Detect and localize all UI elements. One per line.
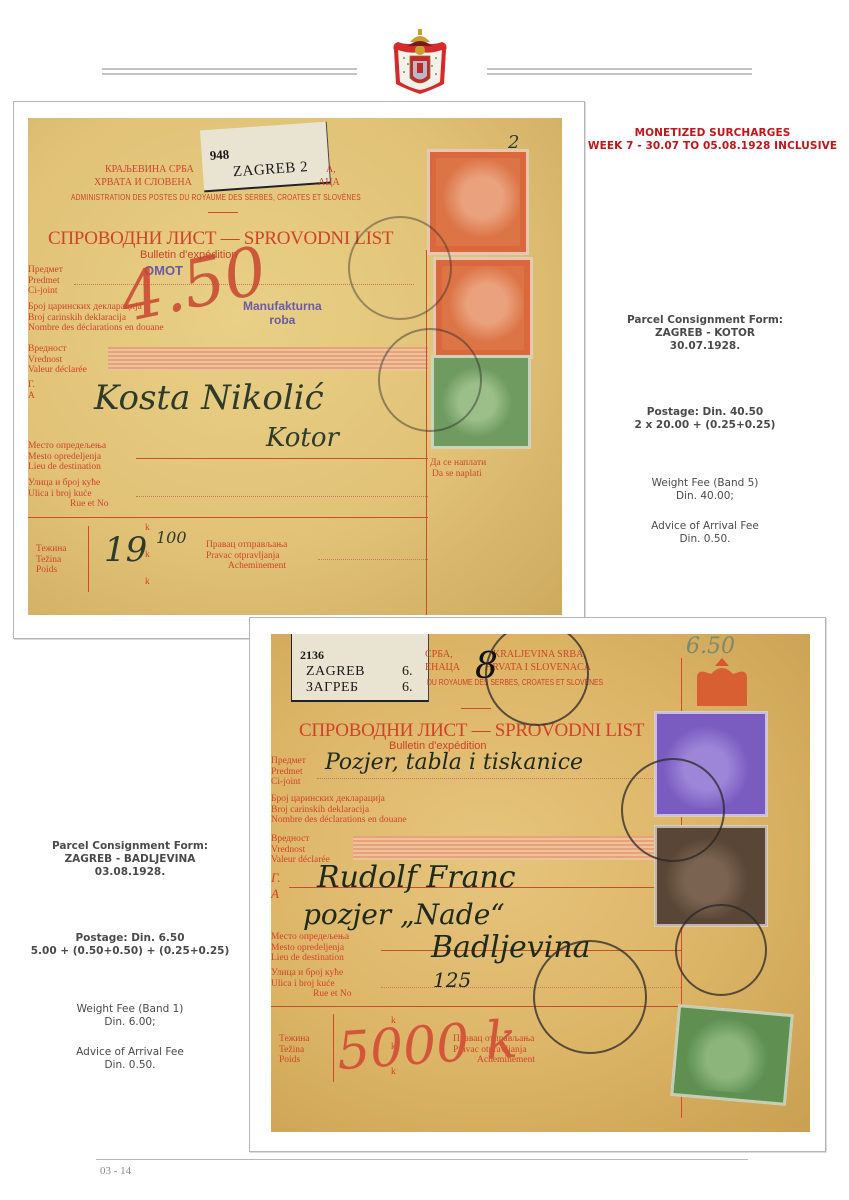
field-addressee-label: Г. A bbox=[271, 870, 281, 902]
weight-bracket bbox=[333, 1014, 334, 1082]
header-rule-left bbox=[102, 68, 357, 75]
field-weight-label: Тежина Težina Poids bbox=[36, 544, 67, 576]
header-rule-right bbox=[487, 68, 752, 75]
header-fr: ADMINISTRATION DES POSTES DU ROYAUME DES… bbox=[71, 192, 361, 202]
field-route-label: Правац отправљања Pravac otpravljanja Ac… bbox=[206, 540, 287, 572]
field-weight-label: Тежина Težina Poids bbox=[279, 1034, 310, 1066]
postmark-zagreb-2 bbox=[378, 328, 482, 432]
header-ornament bbox=[461, 708, 491, 709]
label-office: ZAGREB 2 bbox=[232, 159, 308, 181]
item1-caption: Parcel Consignment Form: ZAGREB - KOTOR … bbox=[610, 314, 800, 546]
label-number: 948 bbox=[209, 147, 230, 164]
field-destination-label: Место опредељења Mesto opredeljenja Lieu… bbox=[271, 932, 349, 964]
section-divider bbox=[28, 517, 428, 518]
postmark-zagreb-6-top bbox=[485, 634, 589, 726]
field-object-label: Предмет Predmet Ci-joint bbox=[28, 265, 63, 297]
label-office-lat: ZAGREB bbox=[306, 664, 365, 680]
handwritten-street: 125 bbox=[433, 968, 471, 992]
handwritten-addressee: Rudolf Franc bbox=[317, 860, 516, 895]
postmark-zagreb-6-mid bbox=[621, 758, 725, 862]
item1-parcel-card-image: 948 ZAGREB 2 КРАЉЕВИНА СРБА ХРВАТА И СЛО… bbox=[28, 118, 562, 615]
handwritten-weight: 19 bbox=[104, 530, 147, 570]
footer-rule bbox=[96, 1159, 748, 1160]
header-cyr1-end: А, bbox=[326, 165, 336, 176]
item2-parcel-card-image: 2136 ZAGREB ЗАГРЕБ 6. 6. СРБА, ЕНАЦА KRA… bbox=[271, 634, 810, 1132]
field-destination-label: Место опредељења Mesto opredeljenja Lieu… bbox=[28, 441, 106, 473]
label-number: 2136 bbox=[300, 648, 324, 663]
handwritten-addressee: Kosta Nikolić bbox=[94, 378, 324, 418]
postmark-zagreb-6-right bbox=[675, 904, 767, 996]
weight-unit-3: k bbox=[145, 577, 150, 588]
field-value-label: Вредност Vrednost Valeur déclarée bbox=[28, 344, 87, 376]
field-object-label: Предмет Predmet Ci-joint bbox=[271, 756, 306, 788]
header-ornament bbox=[208, 212, 238, 213]
street-line bbox=[136, 496, 428, 497]
header-cyr2-end: АЦА bbox=[318, 178, 340, 189]
header-cyr2: ХРВАТА И СЛОВЕНА bbox=[94, 178, 192, 189]
field-street-label: Улица и број куће Ulica i broj kuće Rue … bbox=[28, 478, 109, 510]
label-office-no-1: 6. bbox=[402, 664, 413, 680]
handwritten-weight-fraction: 100 bbox=[156, 528, 187, 547]
red-pencil-weight: 5000 k bbox=[335, 1010, 519, 1082]
label-office-cyr: ЗАГРЕБ bbox=[306, 680, 359, 696]
royal-coat-of-arms-icon bbox=[388, 28, 452, 100]
registration-label: 2136 ZAGREB ЗАГРЕБ 6. 6. bbox=[291, 634, 429, 702]
postmark-zagreb-6-bottom bbox=[533, 940, 647, 1054]
form-title: СПРОВОДНИ ЛИСТ — SPROVODNI LIST bbox=[299, 720, 644, 742]
destination-line bbox=[136, 458, 428, 459]
postal-crest-icon bbox=[689, 656, 755, 716]
field-customs-label: Број царинских декларација Broj carinski… bbox=[271, 794, 407, 826]
page-title: MONETIZED SURCHARGES WEEK 7 - 30.07 TO 0… bbox=[585, 127, 840, 153]
handwritten-destination: Kotor bbox=[266, 423, 339, 453]
header-cyr1: СРБА, bbox=[425, 650, 453, 661]
handwritten-addressee2: pozjer „Nade“ bbox=[303, 898, 505, 931]
route-line bbox=[318, 559, 428, 560]
page-number: 03 - 14 bbox=[100, 1165, 131, 1177]
weight-bracket bbox=[88, 526, 89, 592]
header-cyr1: КРАЉЕВИНА СРБА bbox=[105, 165, 194, 176]
field-addressee-label: Г. A bbox=[28, 380, 35, 401]
field-object-line bbox=[317, 778, 681, 779]
handwritten-object: Pozjer, tabla i tiskanice bbox=[325, 750, 583, 775]
header-cyr2: ЕНАЦА bbox=[425, 663, 460, 674]
item2-caption: Parcel Consignment Form: ZAGREB - BADLJE… bbox=[30, 840, 230, 1072]
postage-stamp-25para bbox=[671, 1005, 792, 1105]
registration-label: 948 ZAGREB 2 bbox=[200, 122, 331, 193]
postmark-zagreb-1 bbox=[348, 216, 452, 320]
page-title-line2: WEEK 7 - 30.07 TO 05.08.1928 INCLUSIVE bbox=[585, 140, 840, 153]
label-office-no-2: 6. bbox=[402, 680, 413, 696]
field-street-label: Улица и број куће Ulica i broj kuće Rue … bbox=[271, 968, 352, 1000]
field-collect-label: Да се наплати Da se naplati bbox=[430, 458, 486, 479]
page-title-line1: MONETIZED SURCHARGES bbox=[585, 127, 840, 140]
